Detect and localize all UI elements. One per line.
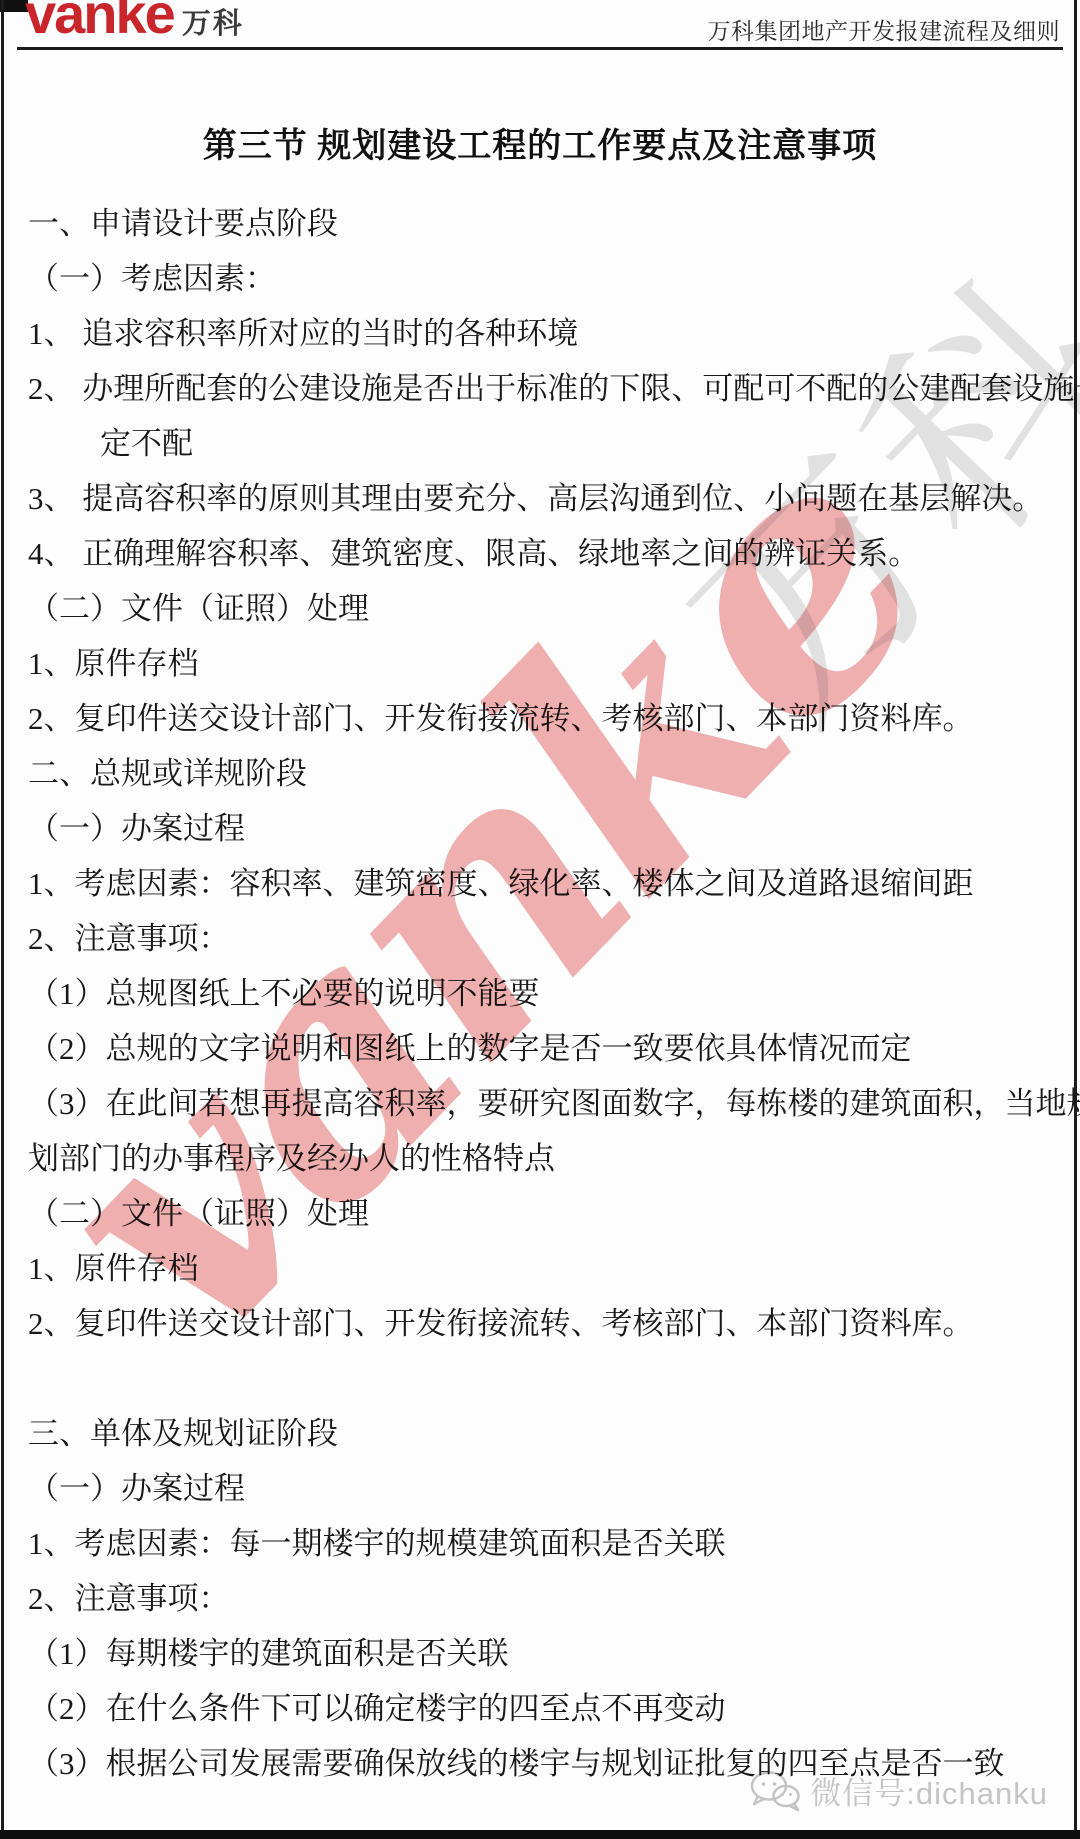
scan-corner-mark bbox=[0, 0, 28, 12]
text-line: （一）办案过程 bbox=[28, 801, 1060, 856]
text-line: （1）每期楼宇的建筑面积是否关联 bbox=[28, 1626, 1060, 1681]
text-line: （2）总规的文字说明和图纸上的数字是否一致要依具体情况而定 bbox=[28, 1021, 1060, 1076]
page-border-left bbox=[1, 0, 4, 1839]
vanke-logo-cjk: 万科 bbox=[182, 1, 244, 42]
document-header-title: 万科集团地产开发报建流程及细则 bbox=[708, 13, 1061, 46]
text-line: 3、 提高容积率的原则其理由要充分、高层沟通到位、小问题在基层解决。 bbox=[28, 471, 1060, 526]
body-lines: 一、申请设计要点阶段（一）考虑因素：1、 追求容积率所对应的当时的各种环境2、 … bbox=[28, 196, 1060, 1791]
text-line: 2、 办理所配套的公建设施是否出于标准的下限、可配可不配的公建配套设施一 bbox=[28, 361, 1060, 416]
text-line: 2、复印件送交设计部门、开发衔接流转、考核部门、本部门资料库。 bbox=[28, 691, 1060, 746]
text-line: 一、申请设计要点阶段 bbox=[28, 196, 1060, 251]
vanke-logo-wordmark: vanke bbox=[25, 0, 174, 42]
text-line bbox=[28, 1351, 1060, 1406]
vanke-logo: vanke 万科 bbox=[25, 0, 244, 42]
text-line: 2、注意事项： bbox=[28, 911, 1060, 966]
text-line: 二、总规或详规阶段 bbox=[28, 746, 1060, 801]
page-border-bottom bbox=[0, 1830, 1080, 1839]
text-line: 划部门的办事程序及经办人的性格特点 bbox=[28, 1131, 1060, 1186]
text-line: 1、原件存档 bbox=[28, 1241, 1060, 1296]
text-line: 2、复印件送交设计部门、开发衔接流转、考核部门、本部门资料库。 bbox=[28, 1296, 1060, 1351]
text-line: （一）办案过程 bbox=[28, 1461, 1060, 1516]
text-line: （二）文件（证照）处理 bbox=[28, 581, 1060, 636]
text-line: （3）在此间若想再提高容积率，要研究图面数字，每栋楼的建筑面积，当地规 bbox=[28, 1076, 1060, 1131]
header-divider bbox=[17, 47, 1063, 50]
text-line: （一）考虑因素： bbox=[28, 251, 1060, 306]
text-line: 三、单体及规划证阶段 bbox=[28, 1406, 1060, 1461]
text-line: 1、原件存档 bbox=[28, 636, 1060, 691]
page-border-right bbox=[1074, 0, 1077, 1839]
section-title: 第三节 规划建设工程的工作要点及注意事项 bbox=[0, 118, 1080, 167]
text-line: 2、注意事项： bbox=[28, 1571, 1060, 1626]
text-line: （二）文件（证照）处理 bbox=[28, 1186, 1060, 1241]
text-line: 4、 正确理解容积率、建筑密度、限高、绿地率之间的辨证关系。 bbox=[28, 526, 1060, 581]
text-line: （3）根据公司发展需要确保放线的楼宇与规划证批复的四至点是否一致 bbox=[28, 1736, 1060, 1791]
text-line: 1、 追求容积率所对应的当时的各种环境 bbox=[28, 306, 1060, 361]
text-line: 1、考虑因素：每一期楼宇的规模建筑面积是否关联 bbox=[28, 1516, 1060, 1571]
text-line: （1）总规图纸上不必要的说明不能要 bbox=[28, 966, 1060, 1021]
text-line: 1、考虑因素：容积率、建筑密度、绿化率、楼体之间及道路退缩间距 bbox=[28, 856, 1060, 911]
text-line: 定不配 bbox=[28, 416, 1060, 471]
text-line: （2）在什么条件下可以确定楼宇的四至点不再变动 bbox=[28, 1681, 1060, 1736]
document-page: vanke 万科 万科集团地产开发报建流程及细则 第三节 规划建设工程的工作要点… bbox=[0, 0, 1080, 1839]
